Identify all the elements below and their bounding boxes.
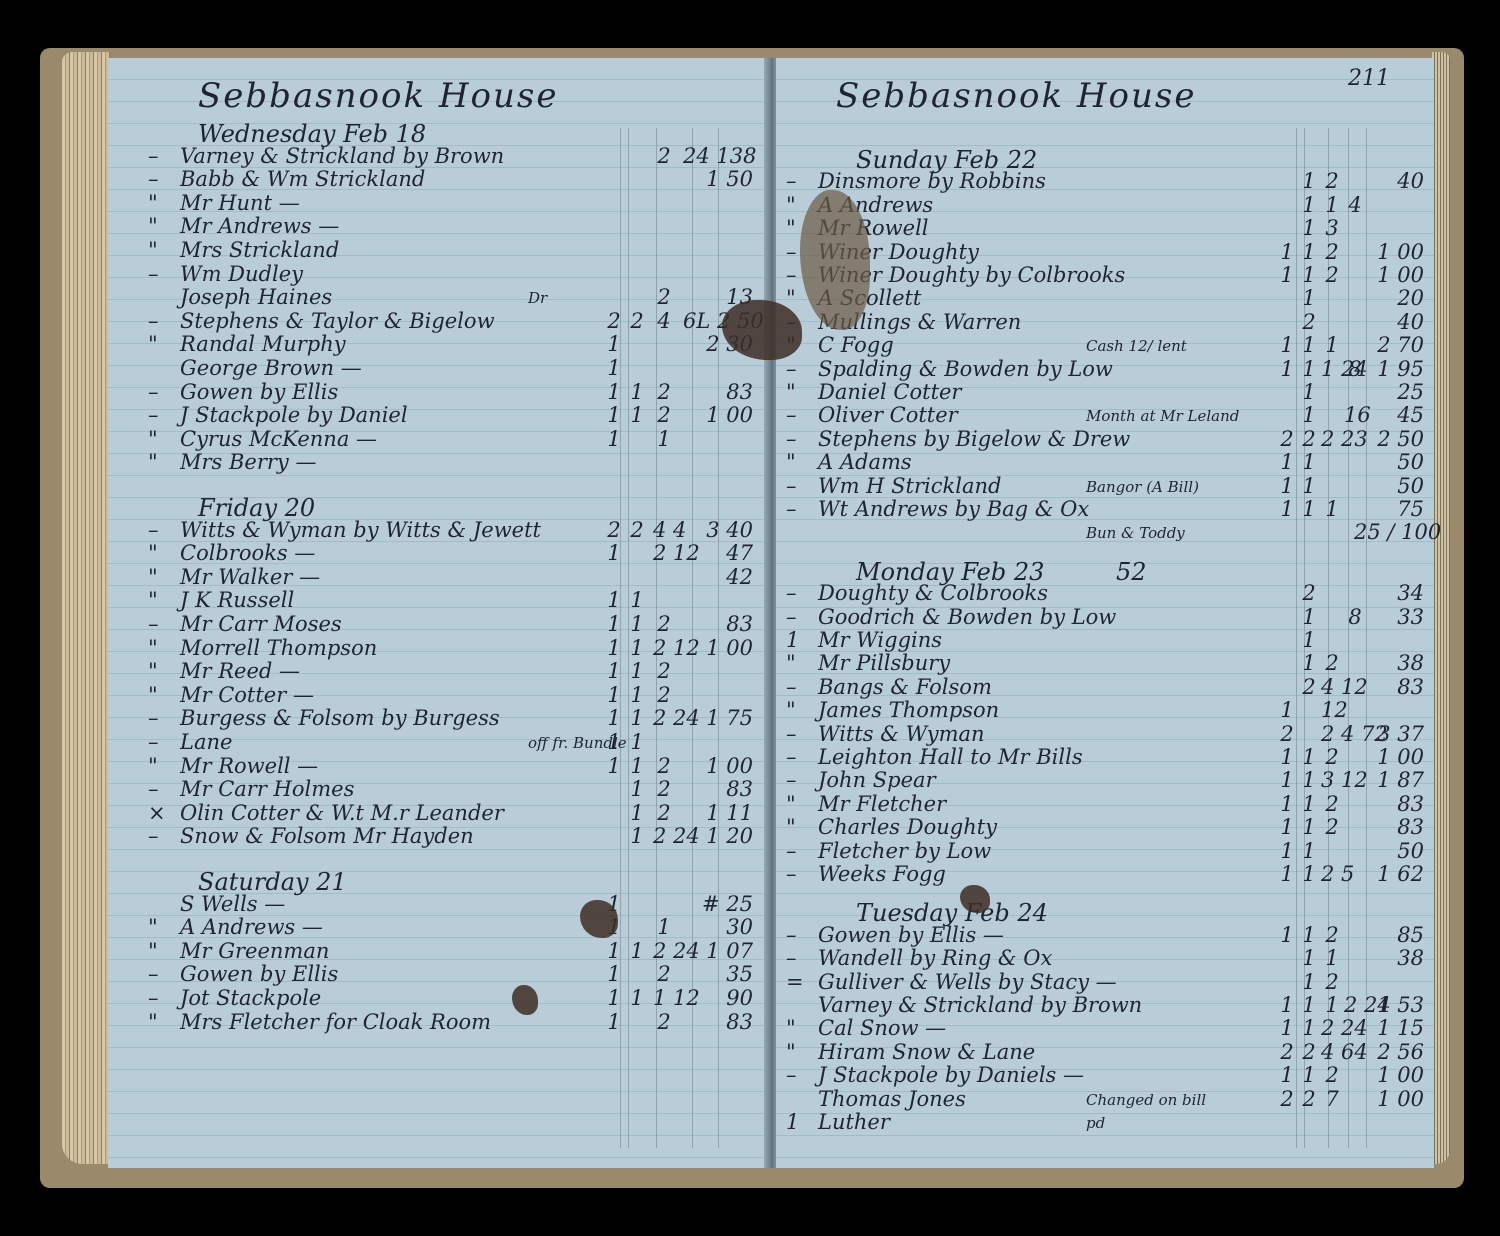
- count-c1: 1: [603, 588, 625, 612]
- amount: 30: [683, 915, 753, 939]
- count-c3: 2: [653, 380, 675, 404]
- count-c2: 1: [1298, 1016, 1320, 1040]
- amount: 83: [1354, 675, 1424, 699]
- count-c3: 3 12: [1321, 768, 1343, 792]
- entry-mark: ": [786, 1040, 816, 1064]
- count-c3: 1: [1321, 993, 1343, 1017]
- entry-mark: –: [148, 144, 178, 168]
- count-c3: 7: [1321, 1087, 1343, 1111]
- guest-name: Leighton Hall to Mr Bills: [818, 745, 1083, 769]
- entry-mark: –: [786, 839, 816, 863]
- count-c2: 1: [1298, 792, 1320, 816]
- guest-name: Varney & Strickland by Brown: [180, 144, 504, 168]
- count-c2: 2: [1298, 1087, 1320, 1111]
- count-c1: 1: [603, 706, 625, 730]
- count-c2: 1: [626, 824, 648, 848]
- entry-mark: 1: [786, 1110, 816, 1134]
- amount: 42: [683, 565, 753, 589]
- guest-name: Witts & Wyman: [818, 722, 985, 746]
- page-edges-right: [1432, 52, 1450, 1164]
- count-c3: 2: [1321, 923, 1343, 947]
- count-c3: 2: [653, 144, 675, 168]
- count-c3: 2: [1321, 792, 1343, 816]
- count-c2: 1: [1298, 745, 1320, 769]
- count-c3: 2: [653, 683, 675, 707]
- entry-mark: ": [148, 238, 178, 262]
- amount: 2 70: [1354, 333, 1424, 357]
- amount: 1 00: [1354, 745, 1424, 769]
- page-number: 211: [1348, 66, 1390, 91]
- amount: 83: [683, 777, 753, 801]
- amount: 35: [683, 962, 753, 986]
- guest-name: John Spear: [818, 768, 936, 792]
- entry-mark: ": [148, 939, 178, 963]
- entry-mark: –: [786, 1063, 816, 1087]
- amount: 25 / 100: [1354, 520, 1424, 544]
- count-c2: 1: [1298, 474, 1320, 498]
- guest-name: Spalding & Bowden by Low: [818, 357, 1113, 381]
- count-c2: 1: [1298, 862, 1320, 886]
- count-c3: 2: [653, 962, 675, 986]
- entry-mark: ": [786, 1016, 816, 1040]
- count-c3: 2 24: [653, 706, 675, 730]
- amount: 1 87: [1354, 768, 1424, 792]
- entry-mark: ": [148, 191, 178, 215]
- entry-mark: –: [148, 612, 178, 636]
- guest-name: J Stackpole by Daniel: [180, 403, 408, 427]
- guest-name: Luther: [818, 1110, 890, 1134]
- count-c1: 1: [1276, 333, 1298, 357]
- amount: 1 07: [683, 939, 753, 963]
- entry-mark: –: [148, 167, 178, 191]
- entry-mark: ": [786, 698, 816, 722]
- entry-mark: –: [786, 403, 816, 427]
- entry-mark: ": [148, 754, 178, 778]
- entry-mark: 1: [786, 628, 816, 652]
- count-c2: 1: [1298, 216, 1320, 240]
- amount: 1 11: [683, 801, 753, 825]
- guest-name: Jot Stackpole: [180, 986, 321, 1010]
- amount: 83: [683, 612, 753, 636]
- entry-mark: –: [148, 824, 178, 848]
- guest-name: Joseph Haines: [180, 285, 332, 309]
- entry-note: Month at Mr Leland: [1086, 407, 1239, 425]
- guest-name: A Adams: [818, 450, 912, 474]
- guest-name: Gowen by Ellis: [180, 380, 338, 404]
- entry-mark: ": [786, 380, 816, 404]
- count-c3: 1 24: [1321, 357, 1343, 381]
- amount: 50: [1354, 839, 1424, 863]
- count-c1: 2: [1276, 722, 1298, 746]
- count-c3: 4 4: [653, 518, 675, 542]
- amount: 25: [1354, 380, 1424, 404]
- count-c2: 2: [1298, 310, 1320, 334]
- entry-mark: ": [148, 1010, 178, 1034]
- amount: 1 15: [1354, 1016, 1424, 1040]
- count-c2: 1: [626, 683, 648, 707]
- count-c3: 2: [1321, 240, 1343, 264]
- count-c3: 2 12: [653, 541, 675, 565]
- amount: 83: [683, 380, 753, 404]
- count-c1: 1: [1276, 497, 1298, 521]
- amount: 83: [683, 1010, 753, 1034]
- count-c2: 1: [626, 636, 648, 660]
- guest-name: Dinsmore by Robbins: [818, 169, 1046, 193]
- count-c2: 1: [626, 777, 648, 801]
- entry-mark: –: [786, 768, 816, 792]
- amount: 85: [1354, 923, 1424, 947]
- guest-name: Cal Snow —: [818, 1016, 946, 1040]
- count-c2: 1: [1298, 169, 1320, 193]
- count-c2: 1: [1298, 380, 1320, 404]
- guest-name: Gulliver & Wells by Stacy —: [818, 970, 1117, 994]
- entry-mark: –: [786, 745, 816, 769]
- entry-mark: –: [786, 923, 816, 947]
- count-c3: 12: [1321, 698, 1343, 722]
- count-c1: 1: [603, 754, 625, 778]
- count-c1: 1: [1276, 474, 1298, 498]
- count-c1: 1: [603, 986, 625, 1010]
- count-c2: 1: [1298, 450, 1320, 474]
- ledger-entry-row: –Snow & Folsom Mr Hayden12 241 20: [148, 824, 758, 852]
- count-c2: 1: [626, 403, 648, 427]
- entry-mark: –: [148, 309, 178, 333]
- amount: 1 95: [1354, 357, 1424, 381]
- amount: 75: [1354, 497, 1424, 521]
- count-c2: 1: [1298, 970, 1320, 994]
- amount: 50: [1354, 450, 1424, 474]
- count-c2: 1: [1298, 286, 1320, 310]
- guest-name: Witts & Wyman by Witts & Jewett: [180, 518, 541, 542]
- count-c1: 1: [603, 659, 625, 683]
- amount: 34: [1354, 581, 1424, 605]
- count-c1: 1: [1276, 1016, 1298, 1040]
- guest-name: Gowen by Ellis —: [818, 923, 1004, 947]
- entry-mark: –: [786, 169, 816, 193]
- guest-name: Wt Andrews by Bag & Ox: [818, 497, 1089, 521]
- count-c3: 1: [1321, 333, 1343, 357]
- count-c2: 1: [1298, 605, 1320, 629]
- count-c1: 1: [1276, 993, 1298, 1017]
- guest-name: J Stackpole by Daniels —: [818, 1063, 1084, 1087]
- count-c1: 1: [1276, 263, 1298, 287]
- count-c2: 1: [626, 612, 648, 636]
- count-c3: 2 24: [653, 939, 675, 963]
- count-c2: 1: [1298, 839, 1320, 863]
- count-c2: 1: [1298, 403, 1320, 427]
- entry-mark: –: [148, 962, 178, 986]
- ledger-entry-row: Bun & Toddy25 / 100: [786, 520, 1426, 548]
- guest-name: Colbrooks —: [180, 541, 315, 565]
- count-c3: 2: [1321, 1063, 1343, 1087]
- amount: 83: [1354, 815, 1424, 839]
- entry-mark: ": [148, 683, 178, 707]
- entry-mark: –: [786, 605, 816, 629]
- guest-name: Mr Carr Moses: [180, 612, 342, 636]
- count-c3: 2 4 72: [1321, 722, 1343, 746]
- ledger-entry-row: 1Lutherpd: [786, 1110, 1426, 1138]
- count-c3: 2: [653, 1010, 675, 1034]
- count-c1: 1: [603, 962, 625, 986]
- guest-name: Mr Rowell —: [180, 754, 318, 778]
- guest-name: Doughty & Colbrooks: [818, 581, 1048, 605]
- entry-mark: –: [148, 518, 178, 542]
- guest-name: Stephens & Taylor & Bigelow: [180, 309, 495, 333]
- guest-name: Randal Murphy: [180, 332, 346, 356]
- count-c2: 1: [1298, 651, 1320, 675]
- amount: 83: [1354, 792, 1424, 816]
- ledger-entry-row: "Mrs Fletcher for Cloak Room1283: [148, 1010, 758, 1038]
- count-c3: 2: [653, 612, 675, 636]
- count-c1: 2: [1276, 1040, 1298, 1064]
- count-c1: 1: [1276, 240, 1298, 264]
- entry-mark: ": [148, 565, 178, 589]
- count-c3: 2: [653, 403, 675, 427]
- amount: 3 40: [683, 518, 753, 542]
- guest-name: S Wells —: [180, 892, 285, 916]
- guest-name: Wm H Strickland: [818, 474, 1001, 498]
- entry-mark: ": [148, 214, 178, 238]
- guest-name: Stephens by Bigelow & Drew: [818, 427, 1130, 451]
- entry-mark: –: [148, 380, 178, 404]
- count-c2: 1: [1298, 993, 1320, 1017]
- entry-note: Dr: [528, 289, 547, 307]
- count-c1: 1: [603, 612, 625, 636]
- amount: 1 20: [683, 824, 753, 848]
- entry-mark: ": [786, 792, 816, 816]
- count-c2: 1: [1298, 946, 1320, 970]
- guest-name: Wm Dudley: [180, 262, 303, 286]
- entry-mark: ": [786, 815, 816, 839]
- count-c1: 1: [603, 541, 625, 565]
- entry-mark: –: [786, 862, 816, 886]
- entry-mark: ": [148, 588, 178, 612]
- count-c2: 1: [626, 730, 648, 754]
- entry-note: pd: [1086, 1114, 1105, 1132]
- entry-mark: –: [148, 777, 178, 801]
- guest-name: Hiram Snow & Lane: [818, 1040, 1035, 1064]
- guest-name: Olin Cotter & W.t M.r Leander: [180, 801, 504, 825]
- count-c1: 1: [1276, 698, 1298, 722]
- entry-mark: =: [786, 970, 816, 994]
- amount: 1 00: [683, 754, 753, 778]
- entry-mark: –: [148, 706, 178, 730]
- count-c2: 1: [626, 801, 648, 825]
- guest-name: Lane: [180, 730, 232, 754]
- count-c2: 2: [1298, 427, 1320, 451]
- guest-name: Weeks Fogg: [818, 862, 946, 886]
- amount: 1 00: [683, 403, 753, 427]
- entry-mark: ": [148, 332, 178, 356]
- count-c2: 1: [1298, 357, 1320, 381]
- count-c2: 1: [1298, 815, 1320, 839]
- count-c2: 2: [1298, 1040, 1320, 1064]
- guest-name: Babb & Wm Strickland: [180, 167, 425, 191]
- entry-mark: ": [148, 427, 178, 451]
- amount: 1 00: [683, 636, 753, 660]
- ledger-entry-row: –Weeks Fogg112 51 62: [786, 862, 1426, 890]
- guest-name: Mr Andrews —: [180, 214, 339, 238]
- entry-mark: –: [786, 497, 816, 521]
- entry-mark: ": [148, 450, 178, 474]
- guest-name: George Brown —: [180, 356, 362, 380]
- count-c3: 1: [653, 915, 675, 939]
- entry-mark: ": [148, 541, 178, 565]
- count-c2: 1: [1298, 333, 1320, 357]
- count-c1: 1: [1276, 768, 1298, 792]
- entry-mark: ": [148, 659, 178, 683]
- amount: 38: [1354, 946, 1424, 970]
- guest-name: Thomas Jones: [818, 1087, 966, 1111]
- count-c1: 1: [603, 427, 625, 451]
- entry-mark: –: [786, 722, 816, 746]
- entry-note: Bangor (A Bill): [1086, 478, 1199, 496]
- guest-name: Mr Reed —: [180, 659, 300, 683]
- count-c2: 1: [626, 380, 648, 404]
- guest-name: Mr Pillsbury: [818, 651, 950, 675]
- count-c1: 1: [603, 1010, 625, 1034]
- count-c1: 1: [1276, 450, 1298, 474]
- count-c3: 4 64: [1321, 1040, 1343, 1064]
- count-c3: 2: [653, 659, 675, 683]
- ledger-entry-row: "Mrs Berry —: [148, 450, 758, 478]
- guest-name: Bangs & Folsom: [818, 675, 992, 699]
- count-c3: 2 24: [1321, 1016, 1343, 1040]
- count-c2: 1: [1298, 193, 1320, 217]
- guest-name: C Fogg: [818, 333, 894, 357]
- count-c3: 2: [653, 754, 675, 778]
- amount: 90: [683, 986, 753, 1010]
- count-c1: 1: [1276, 357, 1298, 381]
- count-c3: 2: [1321, 169, 1343, 193]
- amount: 33: [1354, 605, 1424, 629]
- page-title: Sebbasnook House: [198, 76, 559, 116]
- count-c1: 1: [1276, 862, 1298, 886]
- entry-mark: –: [148, 403, 178, 427]
- amount: 1 62: [1354, 862, 1424, 886]
- entry-note: Bun & Toddy: [1086, 524, 1185, 542]
- amount: 40: [1354, 169, 1424, 193]
- entry-mark: ": [786, 450, 816, 474]
- count-c1: 1: [603, 683, 625, 707]
- count-c1: 2: [1276, 1087, 1298, 1111]
- entry-mark: –: [148, 262, 178, 286]
- amount: 20: [1354, 286, 1424, 310]
- count-c1: 1: [603, 332, 625, 356]
- guest-name: James Thompson: [818, 698, 999, 722]
- amount: 1 53: [1354, 993, 1424, 1017]
- amount: 2 50: [1354, 427, 1424, 451]
- guest-name: Mr Cotter —: [180, 683, 314, 707]
- right-page: Sebbasnook House 211 Sunday Feb 22–Dinsm…: [776, 58, 1434, 1168]
- amount: 1 00: [1354, 263, 1424, 287]
- guest-name: Mr Fletcher: [818, 792, 946, 816]
- entry-mark: ": [786, 651, 816, 675]
- count-c1: 1: [603, 939, 625, 963]
- count-c2: 1: [626, 986, 648, 1010]
- amount: 1 00: [1354, 1087, 1424, 1111]
- entry-mark: ": [148, 915, 178, 939]
- entry-mark: –: [786, 946, 816, 970]
- count-c3: 4 12: [1321, 675, 1343, 699]
- page-title: Sebbasnook House: [836, 76, 1197, 116]
- guest-name: Mrs Berry —: [180, 450, 316, 474]
- guest-name: Mrs Strickland: [180, 238, 339, 262]
- entry-mark: –: [786, 675, 816, 699]
- guest-name: Cyrus McKenna —: [180, 427, 377, 451]
- guest-name: Daniel Cotter: [818, 380, 961, 404]
- count-c3: 1: [1321, 193, 1343, 217]
- count-c2: 1: [1298, 1063, 1320, 1087]
- count-c1: 1: [603, 636, 625, 660]
- count-c3: 2: [1321, 815, 1343, 839]
- amount: 2 56: [1354, 1040, 1424, 1064]
- count-c3: 2 23: [1321, 427, 1343, 451]
- guest-name: Snow & Folsom Mr Hayden: [180, 824, 474, 848]
- count-c3: 1: [1321, 497, 1343, 521]
- guest-name: Morrell Thompson: [180, 636, 377, 660]
- page-edges-left: [62, 52, 110, 1164]
- count-c2: 1: [1298, 263, 1320, 287]
- count-c3: 1: [1321, 946, 1343, 970]
- entry-mark: –: [786, 474, 816, 498]
- count-c1: 1: [1276, 1063, 1298, 1087]
- count-c3: 2: [1321, 263, 1343, 287]
- count-c1: 1: [603, 730, 625, 754]
- guest-name: Mr Wiggins: [818, 628, 942, 652]
- count-c1: 2: [1276, 427, 1298, 451]
- count-c2: 1: [626, 939, 648, 963]
- count-c3: 2: [1321, 970, 1343, 994]
- count-c2: 1: [1298, 768, 1320, 792]
- count-c2: 2: [1298, 581, 1320, 605]
- guest-name: Mr Greenman: [180, 939, 329, 963]
- guest-name: Fletcher by Low: [818, 839, 991, 863]
- guest-name: J K Russell: [180, 588, 294, 612]
- count-c3: 4: [653, 309, 675, 333]
- count-c3: 2 24: [653, 824, 675, 848]
- amount: 1 00: [1354, 240, 1424, 264]
- count-c2: 1: [626, 659, 648, 683]
- guest-name: Varney & Strickland by Brown: [818, 993, 1142, 1017]
- count-c3: 2: [653, 777, 675, 801]
- count-c3: 3: [1321, 216, 1343, 240]
- entry-mark: ×: [148, 801, 178, 825]
- count-c2: 1: [1298, 240, 1320, 264]
- guest-name: Mrs Fletcher for Cloak Room: [180, 1010, 491, 1034]
- entry-mark: –: [148, 730, 178, 754]
- count-c3: 2: [653, 285, 675, 309]
- count-c3: 2 12: [653, 636, 675, 660]
- left-page: Sebbasnook House Wednesday Feb 18–Varney…: [108, 58, 768, 1168]
- entry-note: Cash 12/ lent: [1086, 337, 1187, 355]
- count-c3: 2 5: [1321, 862, 1343, 886]
- count-c2: 2: [626, 518, 648, 542]
- amount: 1 50: [683, 167, 753, 191]
- amount: 3 37: [1354, 722, 1424, 746]
- count-c2: 1: [1298, 628, 1320, 652]
- amount: 45: [1354, 403, 1424, 427]
- guest-name: Mr Hunt —: [180, 191, 300, 215]
- count-c3: 2: [1321, 651, 1343, 675]
- entry-mark: –: [786, 427, 816, 451]
- count-c2: 1: [626, 588, 648, 612]
- count-c1: 1: [1276, 745, 1298, 769]
- count-c1: 1: [1276, 792, 1298, 816]
- count-c2: 2: [626, 309, 648, 333]
- count-c1: 1: [603, 403, 625, 427]
- amount: # 25: [683, 892, 753, 916]
